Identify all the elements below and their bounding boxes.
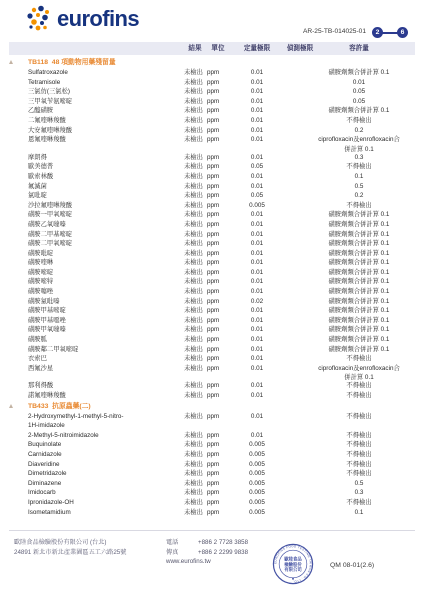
- result-cell: 未檢出: [184, 306, 208, 316]
- result-cell: 未檢出: [184, 153, 208, 163]
- tolerance-cell: 磺胺劑類合併計算 0.1: [300, 335, 418, 345]
- result-cell: 未檢出: [184, 364, 208, 374]
- table-row: Isometamidium未檢出ppm0.0050.1: [0, 508, 424, 518]
- table-row: 大安氟喹啉羧酸未檢出ppm0.010.2: [0, 126, 424, 136]
- loq-cell: 0.01: [237, 316, 277, 326]
- result-cell: 未檢出: [184, 172, 208, 182]
- company-name: 歐陸食品檢驗股份有限公司 (台北): [14, 538, 126, 548]
- result-cell: 未檢出: [184, 498, 208, 508]
- stamp-company-line3: 有限公司: [284, 566, 302, 573]
- tolerance-cell: 磺胺劑類合併計算 0.1: [300, 287, 418, 297]
- result-cell: 未檢出: [184, 97, 208, 107]
- table-row: Tetramisole未檢出ppm0.010.01: [0, 78, 424, 88]
- result-cell: 未檢出: [184, 135, 208, 145]
- phone-label: 電話: [166, 538, 198, 548]
- loq-cell: 0.005: [237, 469, 277, 479]
- result-cell: 未檢出: [184, 450, 208, 460]
- table-row: Diaveridine未檢出ppm0.005不得檢出: [0, 460, 424, 470]
- report-number: AR-25-TB-014025-01: [303, 28, 366, 35]
- result-cell: 未檢出: [184, 460, 208, 470]
- tolerance-cell: 磺胺劑類合併計算 0.1: [300, 220, 418, 230]
- unit-cell: ppm: [207, 391, 231, 401]
- loq-cell: 0.01: [237, 287, 277, 297]
- tolerance-cell: 磺胺劑類合併計算 0.1: [300, 277, 418, 287]
- company-stamp: EUROFINS FOOD TESTING TAIWAN CO., LTD. 歐…: [272, 543, 314, 585]
- loq-cell: 0.01: [237, 153, 277, 163]
- unit-cell: ppm: [207, 249, 231, 259]
- unit-cell: ppm: [207, 498, 231, 508]
- table-row: 歐美德普未檢出ppm0.05不得檢出: [0, 162, 424, 172]
- result-cell: 未檢出: [184, 391, 208, 401]
- tolerance-cell: 不得檢出: [300, 116, 418, 126]
- loq-cell: 0.005: [237, 479, 277, 489]
- analyte-name: 氟滅菌: [28, 182, 183, 192]
- table-row: 磺胺一甲氧嘧啶未檢出ppm0.01磺胺劑類合併計算 0.1: [0, 210, 424, 220]
- table-row: 三氯仿(三氯松)未檢出ppm0.010.05: [0, 87, 424, 97]
- tolerance-cell: 不得檢出: [300, 381, 418, 391]
- analyte-name: 2-Hydroxymethyl-1-methyl-5-nitro- 1H-imi…: [28, 412, 183, 431]
- table-row: Dimetridazole未檢出ppm0.005不得檢出: [0, 469, 424, 479]
- unit-cell: ppm: [207, 325, 231, 335]
- table-row: 乙醯磺胺未檢出ppm0.01磺胺劑類合併計算 0.1: [0, 106, 424, 116]
- tolerance-cell: 磺胺劑類合併計算 0.1: [300, 297, 418, 307]
- fax-value: +886 2 2299 9838: [198, 548, 248, 558]
- loq-cell: 0.01: [237, 412, 277, 422]
- result-cell: 未檢出: [184, 78, 208, 88]
- loq-cell: 0.01: [237, 97, 277, 107]
- table-row: Carnidazole未檢出ppm0.005不得檢出: [0, 450, 424, 460]
- unit-cell: ppm: [207, 364, 231, 374]
- phone-value: +886 2 7728 3858: [198, 538, 248, 548]
- result-cell: 未檢出: [184, 162, 208, 172]
- loq-cell: 0.01: [237, 172, 277, 182]
- analyte-name: 乙醯磺胺: [28, 106, 183, 116]
- unit-cell: ppm: [207, 182, 231, 192]
- section-marker-icon: [9, 60, 13, 64]
- unit-cell: ppm: [207, 345, 231, 355]
- tolerance-cell: 不得檢出: [300, 460, 418, 470]
- tolerance-cell: 0.5: [300, 479, 418, 489]
- unit-cell: ppm: [207, 126, 231, 136]
- tolerance-cell: 不得檢出: [300, 498, 418, 508]
- analyte-name: 二氟喹啉羧酸: [28, 116, 183, 126]
- analyte-name: 恩氟喹啉羧酸: [28, 135, 183, 145]
- tolerance-cell: 不得檢出: [300, 201, 418, 211]
- analyte-name: 磺胺二甲氧嘧啶: [28, 239, 183, 249]
- tolerance-cell: 不得檢出: [300, 391, 418, 401]
- analyte-name: 2-Methyl-5-nitroimidazole: [28, 431, 183, 441]
- analyte-name: 諾氟喹啉羧酸: [28, 391, 183, 401]
- table-row: 磺胺胍未檢出ppm0.01磺胺劑類合併計算 0.1: [0, 335, 424, 345]
- tolerance-cell: 0.2: [300, 191, 418, 201]
- unit-cell: ppm: [207, 460, 231, 470]
- result-cell: 未檢出: [184, 201, 208, 211]
- loq-cell: 0.01: [237, 68, 277, 78]
- table-row: 磺胺二甲基嘧啶未檢出ppm0.01磺胺劑類合併計算 0.1: [0, 230, 424, 240]
- table-row: 三甲氧苄氨嘧啶未檢出ppm0.010.05: [0, 97, 424, 107]
- analyte-name: 磺胺二甲基嘧啶: [28, 230, 183, 240]
- table-row: 沙拉氟喹啉羧酸未檢出ppm0.005不得檢出: [0, 201, 424, 211]
- loq-cell: 0.01: [237, 345, 277, 355]
- result-cell: 未檢出: [184, 412, 208, 422]
- result-cell: 未檢出: [184, 345, 208, 355]
- fax-label: 傳真: [166, 548, 198, 558]
- loq-cell: 0.01: [237, 230, 277, 240]
- loq-cell: 0.01: [237, 277, 277, 287]
- table-row: 恩氟喹啉羧酸未檢出ppm0.01ciprofloxacin及enrofloxac…: [0, 135, 424, 145]
- loq-cell: 0.01: [237, 135, 277, 145]
- loq-cell: 0.01: [237, 325, 277, 335]
- result-cell: 未檢出: [184, 469, 208, 479]
- tolerance-cell: 磺胺劑類合併計算 0.1: [300, 230, 418, 240]
- result-cell: 未檢出: [184, 297, 208, 307]
- unit-cell: ppm: [207, 153, 231, 163]
- analyte-name: 磺胺甲基噁唑: [28, 316, 183, 326]
- tolerance-cell: 磺胺劑類合併計算 0.1: [300, 239, 418, 249]
- unit-cell: ppm: [207, 297, 231, 307]
- result-cell: 未檢出: [184, 239, 208, 249]
- loq-cell: 0.01: [237, 87, 277, 97]
- section-marker-icon: [9, 404, 13, 408]
- loq-cell: 0.01: [237, 116, 277, 126]
- loq-cell: 0.01: [237, 78, 277, 88]
- tolerance-cell: 磺胺劑類合併計算 0.1: [300, 68, 418, 78]
- result-cell: 未檢出: [184, 381, 208, 391]
- table-row: 磺胺嘧啶未檢出ppm0.01磺胺劑類合併計算 0.1: [0, 268, 424, 278]
- result-cell: 未檢出: [184, 230, 208, 240]
- page-end-circle: 6: [397, 27, 408, 38]
- tolerance-cell: 不得檢出: [300, 162, 418, 172]
- analyte-name: 大安氟喹啉羧酸: [28, 126, 183, 136]
- loq-cell: 0.01: [237, 268, 277, 278]
- table-row: 西氟沙星未檢出ppm0.01ciprofloxacin及enrofloxacin…: [0, 364, 424, 374]
- table-row: 磺胺甲基嘧啶未檢出ppm0.01磺胺劑類合併計算 0.1: [0, 306, 424, 316]
- table-row: 磺胺甲氧噠嗪未檢出ppm0.01磺胺劑類合併計算 0.1: [0, 325, 424, 335]
- table-row: 氟滅菌未檢出ppm0.010.5: [0, 182, 424, 192]
- analyte-name: 磺胺鄰二甲氧嘧啶: [28, 345, 183, 355]
- analyte-name: Carnidazole: [28, 450, 183, 460]
- section-title-text: TB433 抗原蟲藥(二): [28, 401, 91, 412]
- analyte-name: 磺胺一甲氧嘧啶: [28, 210, 183, 220]
- result-cell: 未檢出: [184, 488, 208, 498]
- loq-cell: 0.005: [237, 498, 277, 508]
- analyte-name: 氯吡啶: [28, 191, 183, 201]
- result-cell: 未檢出: [184, 335, 208, 345]
- analyte-name: Sulfatroxazole: [28, 68, 183, 78]
- result-cell: 未檢出: [184, 87, 208, 97]
- analyte-name: 磺胺嘧特: [28, 277, 183, 287]
- result-cell: 未檢出: [184, 325, 208, 335]
- table-row: 磺胺喹啉未檢出ppm0.01磺胺劑類合併計算 0.1: [0, 258, 424, 268]
- tolerance-cell: 0.05: [300, 87, 418, 97]
- unit-cell: ppm: [207, 78, 231, 88]
- analyte-name: 磺胺乙氧噠嗪: [28, 220, 183, 230]
- analyte-name: Diminazene: [28, 479, 183, 489]
- table-row: Sulfatroxazole未檢出ppm0.01磺胺劑類合併計算 0.1: [0, 68, 424, 78]
- result-cell: 未檢出: [184, 316, 208, 326]
- doc-code: QM 08-01(2.6): [330, 562, 374, 569]
- table-row: 磺胺乙氧噠嗪未檢出ppm0.01磺胺劑類合併計算 0.1: [0, 220, 424, 230]
- table-row: 磺胺噻唑未檢出ppm0.01磺胺劑類合併計算 0.1: [0, 287, 424, 297]
- tolerance-cell: 不得檢出: [300, 440, 418, 450]
- unit-cell: ppm: [207, 268, 231, 278]
- loq-cell: 0.005: [237, 450, 277, 460]
- table-row: Diminazene未檢出ppm0.0050.5: [0, 479, 424, 489]
- eurofins-logo: eurofins: [26, 5, 139, 33]
- result-cell: 未檢出: [184, 440, 208, 450]
- loq-cell: 0.01: [237, 354, 277, 364]
- tolerance-cell: 磺胺劑類合併計算 0.1: [300, 249, 418, 259]
- table-row: 摩朗得未檢出ppm0.010.3: [0, 153, 424, 163]
- result-cell: 未檢出: [184, 249, 208, 259]
- footer-contact-block: 電話 +886 2 7728 3858 傳真 +886 2 2299 9838 …: [166, 538, 248, 567]
- unit-cell: ppm: [207, 440, 231, 450]
- result-cell: 未檢出: [184, 354, 208, 364]
- column-label-tolerance: 容許量: [300, 42, 418, 55]
- footer-divider: [9, 530, 415, 531]
- section-title: TB118 48 項動物用藥殘留量: [0, 57, 424, 68]
- tolerance-cell: 磺胺劑類合併計算 0.1: [300, 106, 418, 116]
- tolerance-cell: 0.5: [300, 182, 418, 192]
- loq-cell: 0.005: [237, 460, 277, 470]
- unit-cell: ppm: [207, 450, 231, 460]
- footer-company-block: 歐陸食品檢驗股份有限公司 (台北) 24891 新北市新北產業園區五工六路25號: [14, 538, 126, 557]
- unit-cell: ppm: [207, 201, 231, 211]
- analyte-name: 磺胺胍: [28, 335, 183, 345]
- table-row: 磺胺氯吡嗪未檢出ppm0.02磺胺劑類合併計算 0.1: [0, 297, 424, 307]
- unit-cell: ppm: [207, 412, 231, 422]
- analyte-name: 歐美德普: [28, 162, 183, 172]
- unit-cell: ppm: [207, 230, 231, 240]
- tolerance-cell: 不得檢出: [300, 354, 418, 364]
- tolerance-cell: 0.1: [300, 508, 418, 518]
- tolerance-cell: 磺胺劑類合併計算 0.1: [300, 210, 418, 220]
- analyte-name: Ipronidazole-OH: [28, 498, 183, 508]
- result-cell: 未檢出: [184, 220, 208, 230]
- analyte-name: 摩朗得: [28, 153, 183, 163]
- analyte-name: 磺胺甲氧噠嗪: [28, 325, 183, 335]
- unit-cell: ppm: [207, 431, 231, 441]
- loq-cell: 0.01: [237, 364, 277, 374]
- loq-cell: 0.01: [237, 126, 277, 136]
- unit-cell: ppm: [207, 306, 231, 316]
- table-row: 二氟喹啉羧酸未檢出ppm0.01不得檢出: [0, 116, 424, 126]
- tolerance-cell: 不得檢出: [300, 450, 418, 460]
- analyte-name: 沙拉氟喹啉羧酸: [28, 201, 183, 211]
- table-row: 衣索巴未檢出ppm0.01不得檢出: [0, 354, 424, 364]
- result-cell: 未檢出: [184, 68, 208, 78]
- table-row: 氯吡啶未檢出ppm0.050.2: [0, 191, 424, 201]
- loq-cell: 0.005: [237, 201, 277, 211]
- loq-cell: 0.02: [237, 297, 277, 307]
- analyte-name: Imidocarb: [28, 488, 183, 498]
- unit-cell: ppm: [207, 287, 231, 297]
- report-page: eurofins AR-25-TB-014025-01 2 6 結果 單位 定量…: [0, 0, 424, 600]
- column-label-loq: 定量極限: [237, 42, 277, 55]
- tolerance-cell: 不得檢出: [300, 431, 418, 441]
- result-cell: 未檢出: [184, 431, 208, 441]
- tolerance-cell: 磺胺劑類合併計算 0.1: [300, 306, 418, 316]
- analyte-name: 磺胺喹啉: [28, 258, 183, 268]
- unit-cell: ppm: [207, 258, 231, 268]
- unit-cell: ppm: [207, 239, 231, 249]
- analyte-name: Isometamidium: [28, 508, 183, 518]
- eurofins-logo-icon: [26, 5, 52, 33]
- tolerance-cell: 0.3: [300, 153, 418, 163]
- unit-cell: ppm: [207, 116, 231, 126]
- analyte-name: 三甲氧苄氨嘧啶: [28, 97, 183, 107]
- analyte-name: 歐索林酸: [28, 172, 183, 182]
- analyte-name: 磺胺吡啶: [28, 249, 183, 259]
- result-cell: 未檢出: [184, 106, 208, 116]
- tolerance-cell: 0.01: [300, 78, 418, 88]
- loq-cell: 0.01: [237, 106, 277, 116]
- unit-cell: ppm: [207, 508, 231, 518]
- table-row: 2-Hydroxymethyl-1-methyl-5-nitro- 1H-imi…: [0, 412, 424, 431]
- result-cell: 未檢出: [184, 210, 208, 220]
- analyte-name: 磺胺嘧啶: [28, 268, 183, 278]
- loq-cell: 0.005: [237, 440, 277, 450]
- tolerance-cell: ciprofloxacin及enrofloxacin合 併計算 0.1: [300, 135, 418, 154]
- analyte-name: Tetramisole: [28, 78, 183, 88]
- page-badge: 2 6: [372, 27, 408, 38]
- loq-cell: 0.01: [237, 239, 277, 249]
- unit-cell: ppm: [207, 210, 231, 220]
- unit-cell: ppm: [207, 469, 231, 479]
- result-cell: 未檢出: [184, 116, 208, 126]
- unit-cell: ppm: [207, 381, 231, 391]
- analyte-name: 磺胺氯吡嗪: [28, 297, 183, 307]
- tolerance-cell: 磺胺劑類合併計算 0.1: [300, 268, 418, 278]
- website-link: www.eurofins.tw: [166, 557, 211, 567]
- unit-cell: ppm: [207, 316, 231, 326]
- unit-cell: ppm: [207, 106, 231, 116]
- loq-cell: 0.01: [237, 306, 277, 316]
- loq-cell: 0.01: [237, 381, 277, 391]
- unit-cell: ppm: [207, 162, 231, 172]
- analyte-name: Diaveridine: [28, 460, 183, 470]
- table-row: 磺胺二甲氧嘧啶未檢出ppm0.01磺胺劑類合併計算 0.1: [0, 239, 424, 249]
- table-row: 諾氟喹啉羧酸未檢出ppm0.01不得檢出: [0, 391, 424, 401]
- unit-cell: ppm: [207, 354, 231, 364]
- tolerance-cell: 0.1: [300, 172, 418, 182]
- unit-cell: ppm: [207, 135, 231, 145]
- table-row: 2-Methyl-5-nitroimidazole未檢出ppm0.01不得檢出: [0, 431, 424, 441]
- result-cell: 未檢出: [184, 268, 208, 278]
- analyte-name: Dimetridazole: [28, 469, 183, 479]
- result-cell: 未檢出: [184, 479, 208, 489]
- report-body: TB118 48 項動物用藥殘留量Sulfatroxazole未檢出ppm0.0…: [0, 57, 424, 517]
- unit-cell: ppm: [207, 277, 231, 287]
- result-cell: 未檢出: [184, 191, 208, 201]
- result-cell: 未檢出: [184, 126, 208, 136]
- analyte-name: Buquinolate: [28, 440, 183, 450]
- result-cell: 未檢出: [184, 508, 208, 518]
- tolerance-cell: 不得檢出: [300, 412, 418, 422]
- tolerance-cell: 磺胺劑類合併計算 0.1: [300, 316, 418, 326]
- page-start-circle: 2: [372, 27, 383, 38]
- loq-cell: 0.05: [237, 162, 277, 172]
- analyte-name: 衣索巴: [28, 354, 183, 364]
- analyte-name: 西氟沙星: [28, 364, 183, 374]
- logo-text: eurofins: [57, 5, 139, 33]
- section-title: TB433 抗原蟲藥(二): [0, 401, 424, 412]
- table-row: 歐索林酸未檢出ppm0.010.1: [0, 172, 424, 182]
- tolerance-cell: 0.2: [300, 126, 418, 136]
- column-label-unit: 單位: [205, 42, 231, 55]
- loq-cell: 0.01: [237, 210, 277, 220]
- table-row: 磺胺甲基噁唑未檢出ppm0.01磺胺劑類合併計算 0.1: [0, 316, 424, 326]
- result-cell: 未檢出: [184, 258, 208, 268]
- table-row: 磺胺鄰二甲氧嘧啶未檢出ppm0.01磺胺劑類合併計算 0.1: [0, 345, 424, 355]
- loq-cell: 0.01: [237, 431, 277, 441]
- table-row: 磺胺吡啶未檢出ppm0.01磺胺劑類合併計算 0.1: [0, 249, 424, 259]
- tolerance-cell: 磺胺劑類合併計算 0.1: [300, 345, 418, 355]
- table-row: 磺胺嘧特未檢出ppm0.01磺胺劑類合併計算 0.1: [0, 277, 424, 287]
- unit-cell: ppm: [207, 220, 231, 230]
- result-cell: 未檢出: [184, 287, 208, 297]
- tolerance-cell: 磺胺劑類合併計算 0.1: [300, 325, 418, 335]
- tolerance-cell: 0.05: [300, 97, 418, 107]
- unit-cell: ppm: [207, 87, 231, 97]
- table-row: Buquinolate未檢出ppm0.005不得檢出: [0, 440, 424, 450]
- loq-cell: 0.01: [237, 391, 277, 401]
- unit-cell: ppm: [207, 488, 231, 498]
- result-cell: 未檢出: [184, 182, 208, 192]
- loq-cell: 0.01: [237, 182, 277, 192]
- section-title-text: TB118 48 項動物用藥殘留量: [28, 57, 116, 68]
- table-row: Imidocarb未檢出ppm0.0050.3: [0, 488, 424, 498]
- unit-cell: ppm: [207, 191, 231, 201]
- result-cell: 未檢出: [184, 277, 208, 287]
- unit-cell: ppm: [207, 479, 231, 489]
- loq-cell: 0.01: [237, 220, 277, 230]
- analyte-name: 磺胺甲基嘧啶: [28, 306, 183, 316]
- stamp-dot-icon: [292, 578, 294, 580]
- analyte-name: 磺胺噻唑: [28, 287, 183, 297]
- table-row: 那利得酸未檢出ppm0.01不得檢出: [0, 381, 424, 391]
- unit-cell: ppm: [207, 335, 231, 345]
- company-address: 24891 新北市新北產業園區五工六路25號: [14, 548, 126, 558]
- tolerance-cell: ciprofloxacin及enrofloxacin合 併計算 0.1: [300, 364, 418, 383]
- loq-cell: 0.01: [237, 249, 277, 259]
- loq-cell: 0.05: [237, 191, 277, 201]
- tolerance-cell: 磺胺劑類合併計算 0.1: [300, 258, 418, 268]
- loq-cell: 0.005: [237, 488, 277, 498]
- analyte-name: 那利得酸: [28, 381, 183, 391]
- unit-cell: ppm: [207, 68, 231, 78]
- loq-cell: 0.01: [237, 258, 277, 268]
- unit-cell: ppm: [207, 172, 231, 182]
- loq-cell: 0.005: [237, 508, 277, 518]
- table-row: Ipronidazole-OH未檢出ppm0.005不得檢出: [0, 498, 424, 508]
- analyte-name: 三氯仿(三氯松): [28, 87, 183, 97]
- tolerance-cell: 0.3: [300, 488, 418, 498]
- tolerance-cell: 不得檢出: [300, 469, 418, 479]
- unit-cell: ppm: [207, 97, 231, 107]
- loq-cell: 0.01: [237, 335, 277, 345]
